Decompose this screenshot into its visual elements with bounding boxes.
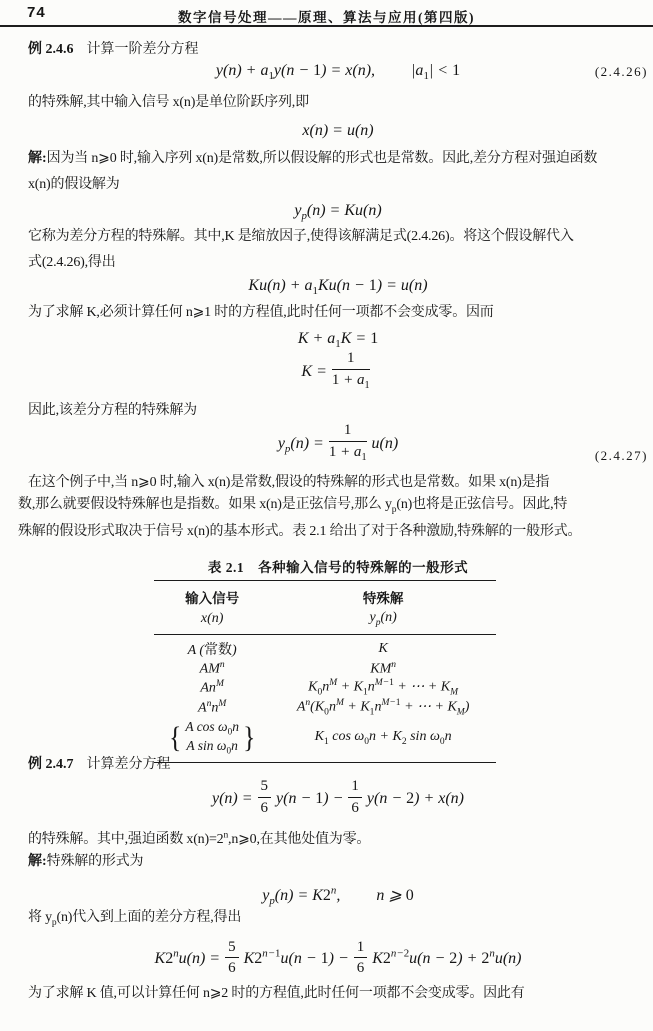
equation-body: y(n) + a1y(n − 1) = x(n),: [216, 62, 375, 79]
fraction-denominator: 1 + a1: [332, 370, 370, 391]
paragraph-line: 特殊解的形式为: [47, 854, 144, 869]
paragraph-line: 式(2.4.26),得出: [28, 250, 648, 276]
table-cell-output: An(K0nM + K1nM−1 + ⋯ + KM): [270, 698, 496, 717]
equation-part: y(n) =: [212, 790, 253, 807]
equation-body: x(n) = u(n): [302, 122, 373, 139]
table-cell-output: KMn: [270, 660, 496, 678]
paragraph-solution-246: 解:因为当 n⩾0 时,输入序列 x(n)是常数,所以假设解的形式也是常数。因此…: [28, 146, 648, 198]
paragraph-line: 为了求解 K,必须计算任何 n⩾1 时的方程值,此时任何一项都不会变成零。因而: [28, 305, 494, 320]
equation-input-signal: x(n) = u(n): [28, 121, 648, 141]
table-row: AnM K0nM + K1nM−1 + ⋯ + KM: [154, 678, 496, 698]
equation-part: y(n − 1) −: [276, 790, 343, 807]
paragraph-line: 它称为差分方程的特殊解。其中,K 是缩放因子,使得该解满足式(2.4.26)。将…: [28, 224, 648, 250]
fraction-denominator: 1 + a1: [329, 442, 367, 463]
fraction-numerator: 1: [354, 939, 368, 959]
book-title: 数字信号处理——原理、算法与应用(第四版): [0, 6, 653, 26]
fraction-numerator: 5: [225, 939, 239, 959]
fraction: 11 + a1: [332, 350, 370, 391]
table-subheader-ypn: yp(n): [270, 610, 496, 628]
header-rule: [0, 25, 653, 27]
equation-247-main: y(n) =56y(n − 1) −16y(n − 2) + x(n): [28, 779, 648, 819]
paragraph-line: 殊解的假设形式取决于信号 x(n)的基本形式。表 2.1 给出了对于各种激励,特…: [18, 521, 650, 543]
equation-rhs: u(n): [372, 435, 399, 452]
table-row: AnnM An(K0nM + K1nM−1 + ⋯ + KM): [154, 698, 496, 718]
example-246-label: 例 2.4.6: [28, 42, 74, 57]
solution-label: 解:: [28, 151, 47, 166]
fraction-numerator: 1: [332, 350, 370, 370]
table-cell-output: K: [270, 641, 496, 657]
paragraph-solve-k-247: 为了求解 K 值,可以计算任何 n⩾2 时的方程值,此时任何一项都不会变成零。因…: [28, 981, 648, 1007]
fraction: 11 + a1: [329, 422, 367, 463]
table-cell-output: K0nM + K1nM−1 + ⋯ + KM: [270, 678, 496, 697]
table-2-1-title: 表 2.1 各种输入信号的特殊解的一般形式: [28, 556, 648, 576]
equation-assumed-solution: yp(n) = Ku(n): [28, 201, 648, 226]
example-247-label: 例 2.4.7: [28, 757, 74, 772]
paragraph-solve-k: 为了求解 K,必须计算任何 n⩾1 时的方程值,此时任何一项都不会变成零。因而: [28, 300, 648, 326]
fraction-denominator: 6: [348, 798, 362, 817]
table-cell-input: A (常数): [154, 639, 270, 659]
equation-substituted: Ku(n) + a1Ku(n − 1) = u(n): [28, 276, 648, 301]
table-row: AMn KMn: [154, 659, 496, 679]
example-246-heading: 例 2.4.6计算一阶差分方程: [28, 38, 648, 58]
table-header-input: 输入信号: [154, 587, 270, 607]
stacked-line: A cos ω0n: [185, 719, 239, 738]
table-cell-input: AnnM: [154, 699, 270, 717]
equation-lhs: yp(n) =: [278, 435, 324, 452]
table-cell-output: K1 cos ω0n + K2 sin ω0n: [270, 729, 496, 747]
equation-2-4-26: y(n) + a1y(n − 1) = x(n),|a1| < 1 (2.4.2…: [28, 61, 648, 86]
equation-number: (2.4.26): [595, 62, 648, 82]
equation-condition: n ⩾ 0: [376, 887, 413, 904]
example-247-heading: 例 2.4.7计算差分方程: [28, 753, 648, 773]
equation-condition: |a1| < 1: [411, 62, 460, 79]
left-brace: {: [169, 723, 181, 753]
paragraph-line: 的特殊解。其中,强迫函数 x(n)=2n,n⩾0,在其他处值为零。: [28, 832, 370, 847]
paragraph-solution-247: 解:特殊解的形式为: [28, 849, 648, 875]
example-247-title: 计算差分方程: [87, 757, 171, 772]
fraction-numerator: 1: [348, 778, 362, 798]
solution-label: 解:: [28, 854, 47, 869]
paragraph-scale-factor: 它称为差分方程的特殊解。其中,K 是缩放因子,使得该解满足式(2.4.26)。将…: [28, 224, 648, 276]
table-header-row: 输入信号 特殊解: [154, 581, 496, 607]
equation-part: K2n−1u(n − 1) −: [244, 950, 349, 967]
example-246-title: 计算一阶差分方程: [87, 42, 199, 57]
paragraph-substitute-247: 将 yp(n)代入到上面的差分方程,得出: [28, 905, 648, 936]
fraction-denominator: 6: [258, 798, 272, 817]
fraction: 16: [348, 778, 362, 816]
paragraph-line: x(n)的假设解为: [28, 172, 648, 198]
fraction-denominator: 6: [225, 958, 239, 977]
equation-body: yp(n) = K2n,: [262, 887, 340, 904]
fraction: 56: [225, 939, 239, 977]
paragraph-line: 的特殊解,其中输入信号 x(n)是单位阶跃序列,即: [28, 95, 309, 110]
table-subheader-xn: x(n): [154, 611, 270, 627]
paragraph-line: 在这个例子中,当 n⩾0 时,输入 x(n)是常数,假设的特殊解的形式也是常数。…: [18, 472, 650, 494]
equation-number: (2.4.27): [595, 436, 648, 476]
table-2-1: 输入信号 特殊解 x(n) yp(n) A (常数) K AMn KMn AnM…: [154, 580, 496, 763]
table-body: A (常数) K AMn KMn AnM K0nM + K1nM−1 + ⋯ +…: [154, 635, 496, 762]
paragraph-line: 为了求解 K 值,可以计算任何 n⩾2 时的方程值,此时任何一项都不会变成零。因…: [28, 986, 525, 1001]
equation-body: yp(n) = Ku(n): [294, 202, 381, 219]
fraction: 56: [258, 778, 272, 816]
right-brace: }: [243, 723, 255, 753]
table-cell-input: { A cos ω0n A sin ω0n }: [154, 719, 270, 756]
table-header-solution: 特殊解: [270, 587, 496, 607]
table-subheader-row: x(n) yp(n): [154, 607, 496, 635]
equation-k-value: K =11 + a1: [28, 352, 648, 393]
fraction: 16: [354, 939, 368, 977]
stacked-inputs: A cos ω0n A sin ω0n: [185, 719, 239, 756]
equation-lhs: K =: [301, 363, 326, 380]
paragraph-intro-246: 的特殊解,其中输入信号 x(n)是单位阶跃序列,即: [28, 90, 648, 116]
fraction-numerator: 5: [258, 778, 272, 798]
fraction-denominator: 6: [354, 958, 368, 977]
equation-body: Ku(n) + a1Ku(n − 1) = u(n): [248, 277, 427, 294]
paragraph-thus: 因此,该差分方程的特殊解为: [28, 398, 648, 424]
equation-body: K + a1K = 1: [298, 330, 378, 347]
paragraph-line: 数,那么就要假设特殊解也是指数。如果 x(n)是正弦信号,那么 yp(n)也将是…: [18, 494, 650, 521]
equation-substituted-247: K2nu(n) =56K2n−1u(n − 1) −16K2n−2u(n − 2…: [28, 934, 648, 979]
paragraph-line: 将 yp(n)代入到上面的差分方程,得出: [28, 910, 241, 925]
fraction-numerator: 1: [329, 422, 367, 442]
paragraph-line: 因为当 n⩾0 时,输入序列 x(n)是常数,所以假设解的形式也是常数。因此,差…: [47, 151, 598, 166]
table-cell-input: AnM: [154, 679, 270, 697]
equation-part: K2nu(n) =: [155, 950, 221, 967]
table-row: A (常数) K: [154, 635, 496, 659]
equation-part: y(n − 2) + x(n): [367, 790, 464, 807]
equation-part: K2n−2u(n − 2) + 2nu(n): [372, 950, 521, 967]
paragraph-discussion: 在这个例子中,当 n⩾0 时,输入 x(n)是常数,假设的特殊解的形式也是常数。…: [18, 472, 650, 543]
equation-2-4-27: yp(n) =11 + a1u(n) (2.4.27): [28, 424, 648, 469]
book-page: 74 数字信号处理——原理、算法与应用(第四版) 例 2.4.6计算一阶差分方程…: [0, 0, 653, 1031]
paragraph-line: 因此,该差分方程的特殊解为: [28, 403, 197, 418]
table-cell-input: AMn: [154, 660, 270, 678]
